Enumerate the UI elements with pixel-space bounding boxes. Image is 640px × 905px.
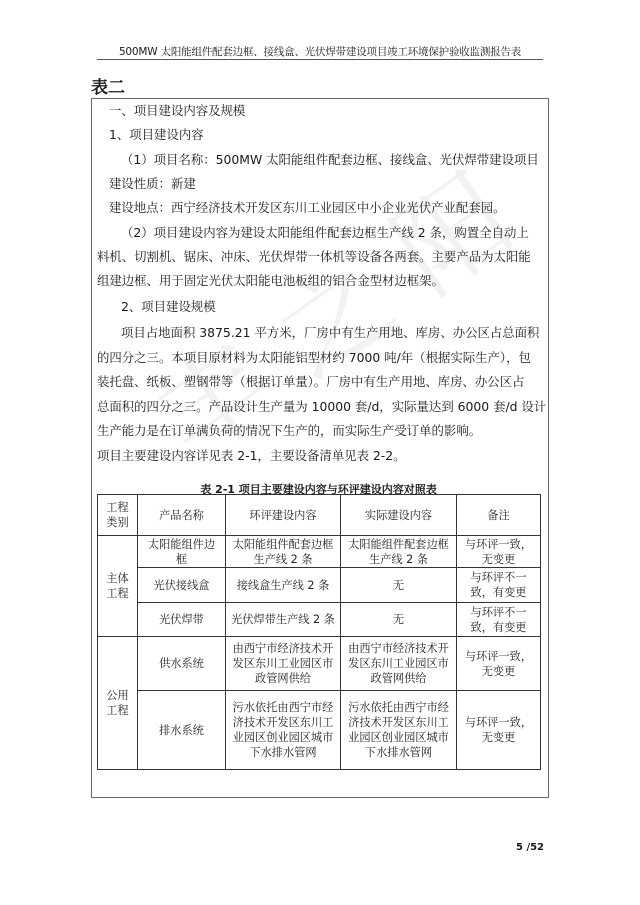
header-divider <box>97 59 543 60</box>
content-para-line-1: （2）项目建设内容为建设太阳能组件配套边框生产线 2 条，购置全自动上 <box>97 221 543 245</box>
running-header: 500MW 太阳能组件配套边框、接线盒、光伏焊带建设项目竣工环境保护验收监测报告… <box>97 44 543 59</box>
construction-nature-line: 建设性质：新建 <box>97 172 543 196</box>
scale-para-line-5: 生产能力是在订单满负荷的情况下生产的，而实际生产受订单的影响。 <box>97 419 543 443</box>
table-reference-line: 项目主要建设内容详见表 2-1，主要设备清单见表 2-2。 <box>97 444 543 468</box>
table-row: 光伏接线盒 接线盒生产线 2 条 无 与环评不一致，有变更 <box>98 568 541 603</box>
table-row: 主体工程 太阳能组件边框 太阳能组件配套边框生产线 2 条 太阳能组件配套边框生… <box>98 536 541 568</box>
note-cell: 与环评一致，无变更 <box>457 691 541 770</box>
construction-site-line: 建设地点：西宁经济技术开发区东川工业园区中小企业光伏产业配套园。 <box>97 196 543 220</box>
page-number: 5 /52 <box>516 842 544 853</box>
note-cell: 与环评一致，无变更 <box>457 637 541 691</box>
actual-content-cell: 太阳能组件配套边框生产线 2 条 <box>341 536 457 568</box>
column-header-eia-content: 环评建设内容 <box>226 495 341 536</box>
note-cell: 与环评不一致，有变更 <box>457 603 541 637</box>
scale-para-line-3: 装托盘、纸板、塑钢带等（根据订单量）。厂房中有生产用地、库房、办公区占 <box>97 370 543 394</box>
heading-project-scale: 2、项目建设规模 <box>97 295 543 319</box>
project-name-line: （1）项目名称：500MW 太阳能组件配套边框、接线盒、光伏焊带建设项目 <box>97 148 543 172</box>
scale-para-line-2: 的四分之三。本项目原材料为太阳能铝型材约 7000 吨/年（根据实际生产），包 <box>97 346 543 370</box>
eia-content-cell: 由西宁市经济技术开发区东川工业园区市政管网供给 <box>226 637 341 691</box>
heading-project-content: 1、项目建设内容 <box>97 123 543 147</box>
product-cell: 光伏焊带 <box>138 603 226 637</box>
note-cell: 与环评一致，无变更 <box>457 536 541 568</box>
eia-content-cell: 太阳能组件配套边框生产线 2 条 <box>226 536 341 568</box>
category-cell: 主体工程 <box>98 536 138 637</box>
table-row: 光伏焊带 光伏焊带生产线 2 条 无 与环评不一致，有变更 <box>98 603 541 637</box>
column-header-actual-content: 实际建设内容 <box>341 495 457 536</box>
section-title: 表二 <box>91 73 125 98</box>
product-cell: 太阳能组件边框 <box>138 536 226 568</box>
heading-project-content-scale: 一、项目建设内容及规模 <box>97 99 543 123</box>
note-cell: 与环评不一致，有变更 <box>457 568 541 603</box>
column-header-note: 备注 <box>457 495 541 536</box>
actual-content-cell: 无 <box>341 568 457 603</box>
product-cell: 排水系统 <box>138 691 226 770</box>
scale-para-line-1: 项目占地面积 3875.21 平方米，厂房中有生产用地、库房、办公区占总面积 <box>97 321 543 345</box>
column-header-product: 产品名称 <box>138 495 226 536</box>
actual-content-cell: 由西宁市经济技术开发区东川工业园区市政管网供给 <box>341 637 457 691</box>
content-para-line-3: 组建边框、用于固定光伏太阳能电池板组的铝合金型材边框架。 <box>97 269 543 293</box>
column-header-category: 工程类别 <box>98 495 138 536</box>
eia-content-cell: 污水依托由西宁市经济技术开发区东川工业园区创业园区城市下水排水管网 <box>226 691 341 770</box>
comparison-table: 工程类别 产品名称 环评建设内容 实际建设内容 备注 主体工程 太阳能组件边框 … <box>97 494 541 770</box>
content-para-line-2: 料机、切割机、锯床、冲床、光伏焊带一体机等设备各两套。主要产品为太阳能 <box>97 245 543 269</box>
actual-content-cell: 污水依托由西宁市经济技术开发区东川工业园区创业园区城市下水排水管网 <box>341 691 457 770</box>
scale-para-line-4: 总面积的四分之三。产品设计生产量为 10000 套/d，实际量达到 6000 套… <box>97 395 543 419</box>
category-cell: 公用工程 <box>98 637 138 770</box>
product-cell: 光伏接线盒 <box>138 568 226 603</box>
actual-content-cell: 无 <box>341 603 457 637</box>
product-cell: 供水系统 <box>138 637 226 691</box>
eia-content-cell: 接线盒生产线 2 条 <box>226 568 341 603</box>
eia-content-cell: 光伏焊带生产线 2 条 <box>226 603 341 637</box>
table-row: 排水系统 污水依托由西宁市经济技术开发区东川工业园区创业园区城市下水排水管网 污… <box>98 691 541 770</box>
table-header-row: 工程类别 产品名称 环评建设内容 实际建设内容 备注 <box>98 495 541 536</box>
table-row: 公用工程 供水系统 由西宁市经济技术开发区东川工业园区市政管网供给 由西宁市经济… <box>98 637 541 691</box>
